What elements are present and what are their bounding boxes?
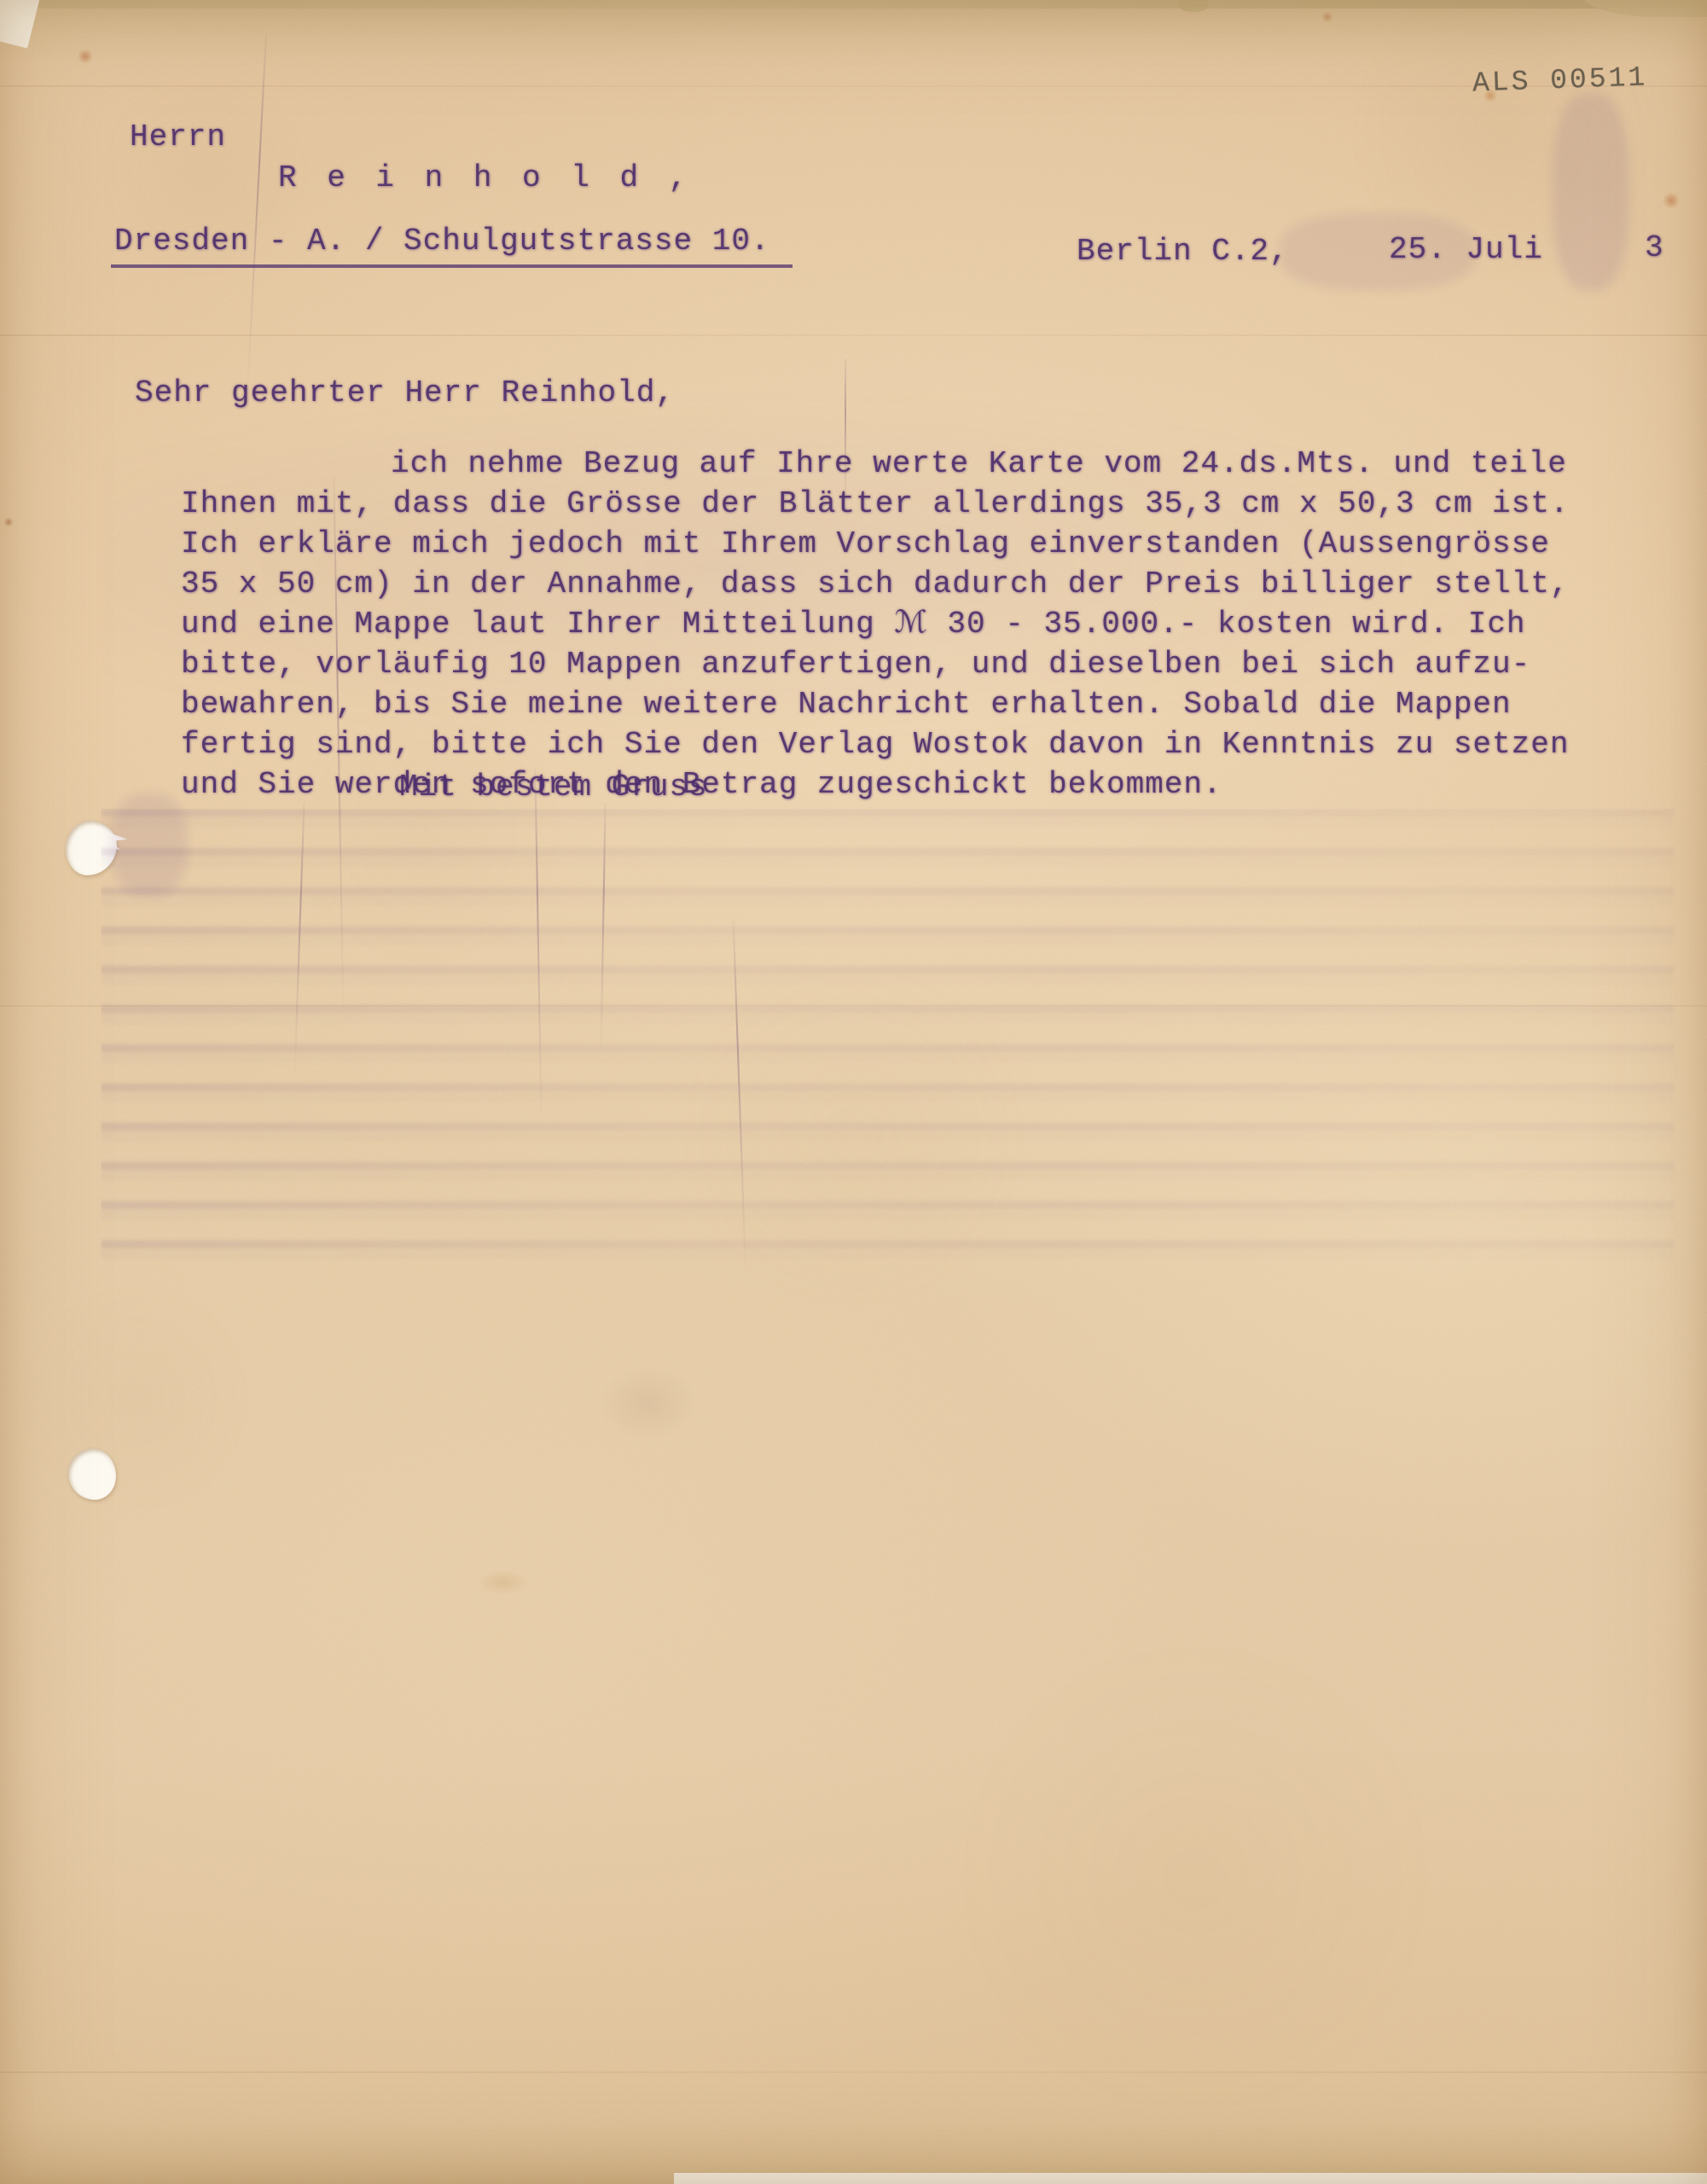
dateline-city: Berlin C.2,	[1077, 234, 1289, 269]
recipient-title: Herrn	[130, 119, 226, 154]
torn-top-right-edge	[1582, 0, 1707, 17]
ghost-bleedthrough-text	[101, 809, 1675, 1261]
paper-crease	[733, 921, 747, 1280]
stain	[478, 1570, 529, 1595]
fold-line	[0, 1005, 1707, 1007]
body-line: 35 x 50 cm) in der Annahme, dass sich da…	[181, 564, 1695, 604]
paper-crease	[247, 34, 267, 392]
scan-vignette	[0, 0, 1707, 2184]
fold-line	[0, 85, 1707, 87]
salutation: Sehr geehrter Herr Reinhold,	[135, 375, 675, 410]
scan-corner-sliver	[0, 0, 40, 49]
body-line: ich nehme Bezug auf Ihre werte Karte vom…	[181, 444, 1695, 484]
paper-grain-texture	[0, 0, 1707, 2184]
fold-line	[0, 2071, 1707, 2073]
punch-hole-lower	[68, 1449, 116, 1500]
top-edge-notch	[1179, 0, 1208, 12]
punch-hole-upper	[66, 821, 117, 875]
body-line: bewahren, bis Sie meine weitere Nachrich…	[181, 684, 1695, 724]
foxing-spot	[1662, 193, 1681, 208]
recipient-address: Dresden - A. / Schulgutstrasse 10.	[111, 224, 793, 268]
ink-smudge	[1553, 94, 1629, 290]
ink-smudge	[111, 793, 188, 896]
fold-line	[0, 334, 1707, 336]
paper-crease	[534, 768, 542, 1126]
foxing-spot	[1321, 12, 1334, 22]
recipient-name: R e i n h o l d ,	[278, 160, 693, 195]
body-line: Ich erkläre mich jedoch mit Ihrem Vorsch…	[181, 524, 1695, 564]
worn-top-edge	[0, 0, 1707, 9]
faint-stain	[597, 1365, 700, 1442]
paper-crease	[293, 802, 305, 1075]
body-line: und eine Mappe laut Ihrer Mitteilung ℳ 3…	[181, 604, 1695, 644]
scan-bottom-strip	[674, 2173, 1707, 2184]
dateline-number: 3	[1645, 230, 1664, 265]
closing-greeting: Mit bestem Gruss	[399, 770, 708, 804]
scanned-letter-page: ALS 00511 Herrn R e i n h o l d , Dresde…	[0, 0, 1707, 2184]
letter-body: ich nehme Bezug auf Ihre werte Karte vom…	[181, 444, 1695, 804]
foxing-spot	[3, 517, 14, 527]
paper-mottling	[0, 0, 1707, 2184]
body-line: Ihnen mit, dass die Grösse der Blätter a…	[181, 484, 1695, 524]
paper-crease	[600, 802, 606, 1058]
archive-number-pencil-note: ALS 00511	[1472, 61, 1647, 99]
dateline-date: 25. Juli	[1389, 232, 1543, 267]
foxing-spot	[77, 49, 94, 63]
body-line: bitte, vorläufig 10 Mappen anzufertigen,…	[181, 644, 1695, 684]
body-line: fertig sind, bitte ich Sie den Verlag Wo…	[181, 724, 1695, 764]
